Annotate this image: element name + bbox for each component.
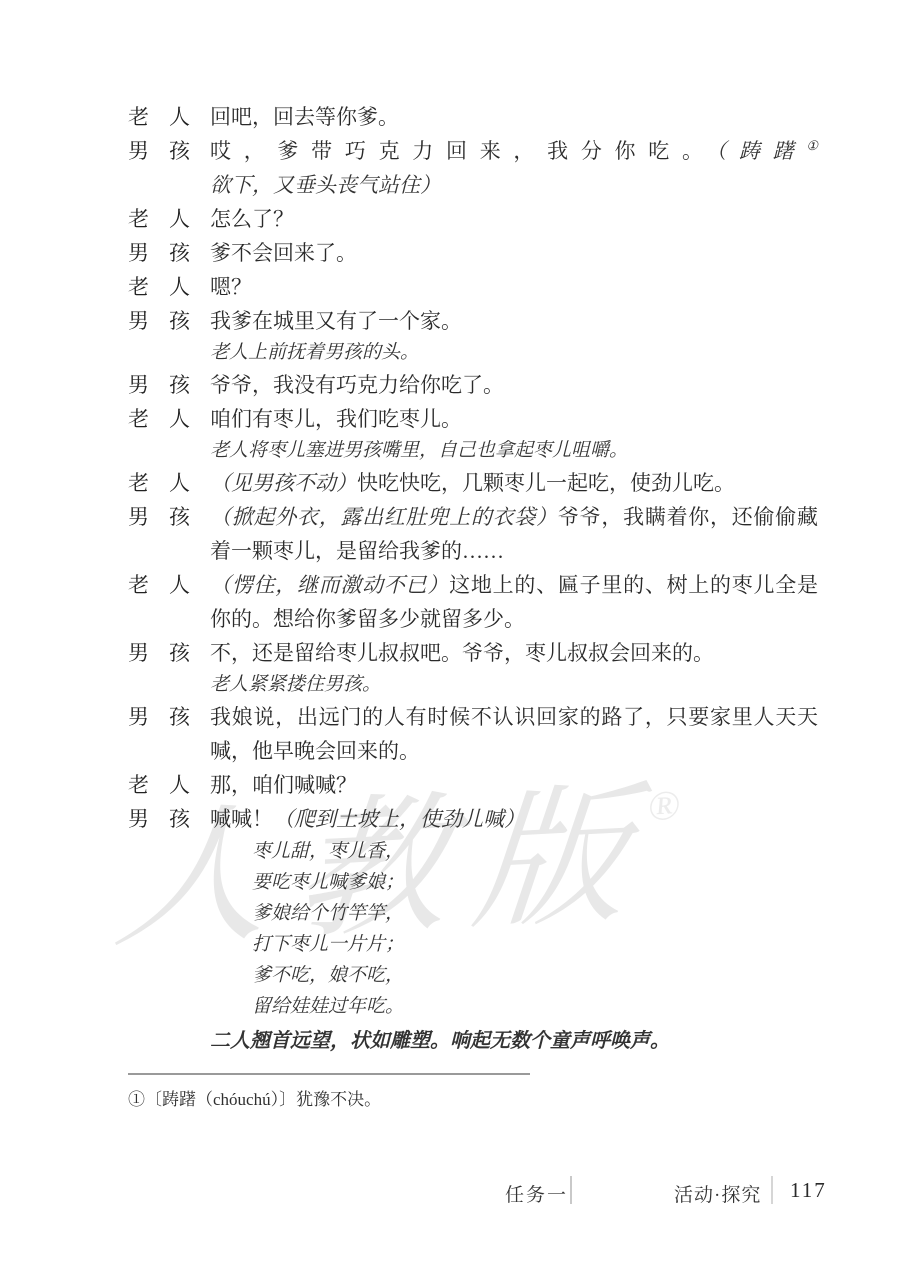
speaker-char: 人 — [169, 568, 190, 636]
speaker-char: 男 — [128, 802, 149, 836]
speaker-char: 男 — [128, 304, 149, 338]
dialogue-row: 男孩爹不会回来了。 — [128, 236, 818, 270]
dialogue-text: 怎么了？ — [210, 202, 818, 236]
page-number: 117 — [790, 1178, 827, 1203]
speaker-char: 人 — [169, 100, 190, 134]
poem-line: 要吃枣儿喊爹娘； — [128, 867, 818, 898]
speaker-label: 老人 — [128, 466, 190, 500]
dialogue-row: 男孩喊喊！（爬到土坡上，使劲儿喊） — [128, 802, 818, 836]
text-segment: 爹娘给个竹竿竿， — [252, 903, 404, 924]
speaker-label: 男孩 — [128, 802, 190, 836]
poem-line: 留给娃娃过年吃。 — [128, 991, 818, 1022]
text-segment: 怎么了？ — [210, 207, 294, 231]
dialogue-row: 男孩爷爷，我没有巧克力给你吃了。 — [128, 368, 818, 402]
dialogue-row: 老人（愣住，继而激动不已）这地上的、匾子里的、树上的枣儿全是你的。想给你爹留多少… — [128, 568, 818, 636]
speaker-label: 老人 — [128, 768, 190, 802]
dialogue-text: 哎，爹带巧克力回来，我分你吃。（踌躇①欲下，又垂头丧气站住） — [210, 134, 818, 202]
dialogue-row: 男孩（掀起外衣，露出红肚兜上的衣袋）爷爷，我瞒着你，还偷偷藏着一颗枣儿，是留给我… — [128, 500, 818, 568]
text-segment: 要吃枣儿喊爹娘； — [252, 872, 404, 893]
speaker-char: 老 — [128, 270, 149, 304]
footnote-text: ①〔踌躇（chóuchú）〕犹豫不决。 — [128, 1090, 381, 1109]
dialogue-text: 我娘说，出远门的人有时候不认识回家的路了，只要家里人天天喊，他早晚会回来的。 — [210, 700, 818, 768]
footer-section-label: 活动·探究 — [674, 1180, 761, 1207]
footnote-divider — [128, 1073, 530, 1075]
speaker-label: 老人 — [128, 202, 190, 236]
dialogue-row: 男孩哎，爹带巧克力回来，我分你吃。（踌躇①欲下，又垂头丧气站住） — [128, 134, 818, 202]
text-segment: 快吃快吃，几颗枣儿一起吃，使劲儿吃。 — [357, 471, 735, 495]
text-segment: 嗯？ — [210, 275, 252, 299]
dialogue-row: 老人（见男孩不动）快吃快吃，几颗枣儿一起吃，使劲儿吃。 — [128, 466, 818, 500]
speaker-label: 男孩 — [128, 368, 190, 402]
text-segment: 老人将枣儿塞进男孩嘴里，自己也拿起枣儿咀嚼。 — [210, 440, 628, 461]
dialogue-text: 爷爷，我没有巧克力给你吃了。 — [210, 368, 818, 402]
direction-text: 要吃枣儿喊爹娘； — [252, 867, 818, 898]
direction-text: 二人翘首远望，状如雕塑。响起无数个童声呼唤声。 — [210, 1026, 818, 1056]
text-segment: 我爹在城里又有了一个家。 — [210, 309, 462, 333]
speaker-char: 老 — [128, 768, 149, 802]
direction-text: 老人将枣儿塞进男孩嘴里，自己也拿起枣儿咀嚼。 — [210, 436, 818, 466]
footer-divider-bar — [771, 1176, 773, 1204]
dialogue-row: 老人那，咱们喊喊？ — [128, 768, 818, 802]
speaker-char: 孩 — [169, 368, 190, 402]
dialogue-row: 老人怎么了？ — [128, 202, 818, 236]
textbook-page: 人教版® 老人回吧，回去等你爹。男孩哎，爹带巧克力回来，我分你吃。（踌躇①欲下，… — [0, 0, 904, 1264]
poem-line: 爹不吃，娘不吃， — [128, 960, 818, 991]
dialogue-row: 老人回吧，回去等你爹。 — [128, 100, 818, 134]
speaker-char: 孩 — [169, 500, 190, 568]
speaker-char: 老 — [128, 202, 149, 236]
speaker-char: 孩 — [169, 802, 190, 836]
text-segment: 咱们有枣儿，我们吃枣儿。 — [210, 407, 462, 431]
footnote-ref-marker: ① — [806, 138, 818, 153]
speaker-char: 孩 — [169, 700, 190, 768]
speaker-char: 孩 — [169, 304, 190, 338]
poem-line: 枣儿甜，枣儿香， — [128, 836, 818, 867]
speaker-char: 老 — [128, 466, 149, 500]
text-segment: 喊喊！ — [210, 807, 273, 831]
speaker-char: 孩 — [169, 236, 190, 270]
dialogue-row: 老人咱们有枣儿，我们吃枣儿。 — [128, 402, 818, 436]
speaker-char: 老 — [128, 568, 149, 636]
speaker-label: 男孩 — [128, 500, 190, 568]
speaker-label: 老人 — [128, 568, 190, 636]
speaker-label: 老人 — [128, 270, 190, 304]
dialogue-text: （愣住，继而激动不已）这地上的、匾子里的、树上的枣儿全是你的。想给你爹留多少就留… — [210, 568, 818, 636]
speaker-char: 男 — [128, 636, 149, 670]
text-segment: （愣住，继而激动不已） — [210, 573, 449, 597]
text-segment: 留给娃娃过年吃。 — [252, 996, 404, 1017]
stage-direction: 老人将枣儿塞进男孩嘴里，自己也拿起枣儿咀嚼。 — [128, 436, 818, 466]
speaker-char: 男 — [128, 368, 149, 402]
dialogue-text: 爹不会回来了。 — [210, 236, 818, 270]
dialogue-text: （见男孩不动）快吃快吃，几颗枣儿一起吃，使劲儿吃。 — [210, 466, 818, 500]
stage-direction-final: 二人翘首远望，状如雕塑。响起无数个童声呼唤声。 — [128, 1026, 818, 1056]
dialogue-row: 老人嗯？ — [128, 270, 818, 304]
speaker-char: 孩 — [169, 636, 190, 670]
page-footer: 任务一 活动·探究 117 — [0, 1172, 904, 1212]
stage-direction: 老人上前抚着男孩的头。 — [128, 338, 818, 368]
speaker-char: 人 — [169, 270, 190, 304]
speaker-char: 男 — [128, 134, 149, 202]
speaker-char: 孩 — [169, 134, 190, 202]
speaker-char: 人 — [169, 768, 190, 802]
direction-text: 老人紧紧搂住男孩。 — [210, 670, 818, 700]
dialogue-text: 嗯？ — [210, 270, 818, 304]
direction-text: 爹娘给个竹竿竿， — [252, 898, 818, 929]
direction-text: 打下枣儿一片片； — [252, 929, 818, 960]
speaker-char: 老 — [128, 402, 149, 436]
text-segment: （爬到土坡上，使劲儿喊） — [273, 807, 525, 831]
footer-divider-bar — [570, 1176, 572, 1204]
dialogue-text: 我爹在城里又有了一个家。 — [210, 304, 818, 338]
speaker-label: 男孩 — [128, 236, 190, 270]
text-segment: 哎，爹带巧克力回来，我分你吃。 — [210, 139, 716, 163]
poem-line: 打下枣儿一片片； — [128, 929, 818, 960]
speaker-char: 人 — [169, 402, 190, 436]
dialogue-text: 咱们有枣儿，我们吃枣儿。 — [210, 402, 818, 436]
text-segment: 老人上前抚着男孩的头。 — [210, 342, 419, 363]
text-segment: 枣儿甜，枣儿香， — [252, 841, 404, 862]
speaker-char: 男 — [128, 236, 149, 270]
dialogue-text: 不，还是留给枣儿叔叔吧。爷爷，枣儿叔叔会回来的。 — [210, 636, 818, 670]
text-segment: 那，咱们喊喊？ — [210, 773, 357, 797]
play-script: 老人回吧，回去等你爹。男孩哎，爹带巧克力回来，我分你吃。（踌躇①欲下，又垂头丧气… — [128, 100, 818, 1056]
direction-text: 留给娃娃过年吃。 — [252, 991, 818, 1022]
dialogue-text: 回吧，回去等你爹。 — [210, 100, 818, 134]
text-segment: 不，还是留给枣儿叔叔吧。爷爷，枣儿叔叔会回来的。 — [210, 641, 714, 665]
speaker-label: 男孩 — [128, 304, 190, 338]
text-segment: 欲下，又垂头丧气站住） — [210, 173, 441, 197]
speaker-label: 男孩 — [128, 636, 190, 670]
speaker-char: 人 — [169, 466, 190, 500]
dialogue-row: 男孩不，还是留给枣儿叔叔吧。爷爷，枣儿叔叔会回来的。 — [128, 636, 818, 670]
text-segment: 打下枣儿一片片； — [252, 934, 404, 955]
speaker-char: 人 — [169, 202, 190, 236]
text-segment: 爹不会回来了。 — [210, 241, 357, 265]
dialogue-text: 那，咱们喊喊？ — [210, 768, 818, 802]
dialogue-row: 男孩我娘说，出远门的人有时候不认识回家的路了，只要家里人天天喊，他早晚会回来的。 — [128, 700, 818, 768]
text-segment: 爷爷，我没有巧克力给你吃了。 — [210, 373, 504, 397]
text-segment: （踌躇 — [716, 139, 807, 163]
text-segment: 老人紧紧搂住男孩。 — [210, 674, 381, 695]
speaker-label: 男孩 — [128, 134, 190, 202]
footer-task-label: 任务一 — [505, 1180, 568, 1207]
speaker-label: 老人 — [128, 402, 190, 436]
text-segment: （掀起外衣，露出红肚兜上的衣袋） — [210, 505, 558, 529]
dialogue-row: 男孩我爹在城里又有了一个家。 — [128, 304, 818, 338]
speaker-label: 老人 — [128, 100, 190, 134]
direction-text: 枣儿甜，枣儿香， — [252, 836, 818, 867]
speaker-char: 男 — [128, 700, 149, 768]
text-segment: 二人翘首远望，状如雕塑。响起无数个童声呼唤声。 — [210, 1030, 670, 1052]
dialogue-text: （掀起外衣，露出红肚兜上的衣袋）爷爷，我瞒着你，还偷偷藏着一颗枣儿，是留给我爹的… — [210, 500, 818, 568]
direction-text: 老人上前抚着男孩的头。 — [210, 338, 818, 368]
poem-line: 爹娘给个竹竿竿， — [128, 898, 818, 929]
dialogue-text: 喊喊！（爬到土坡上，使劲儿喊） — [210, 802, 818, 836]
speaker-char: 男 — [128, 500, 149, 568]
text-segment: 回吧，回去等你爹。 — [210, 105, 399, 129]
text-segment: （见男孩不动） — [210, 471, 357, 495]
footnote: ①〔踌躇（chóuchú）〕犹豫不决。 — [128, 1088, 778, 1112]
speaker-label: 男孩 — [128, 700, 190, 768]
stage-direction: 老人紧紧搂住男孩。 — [128, 670, 818, 700]
text-segment: 爹不吃，娘不吃， — [252, 965, 404, 986]
speaker-char: 老 — [128, 100, 149, 134]
text-segment: 我娘说，出远门的人有时候不认识回家的路了，只要家里人天天喊，他早晚会回来的。 — [210, 705, 818, 763]
direction-text: 爹不吃，娘不吃， — [252, 960, 818, 991]
